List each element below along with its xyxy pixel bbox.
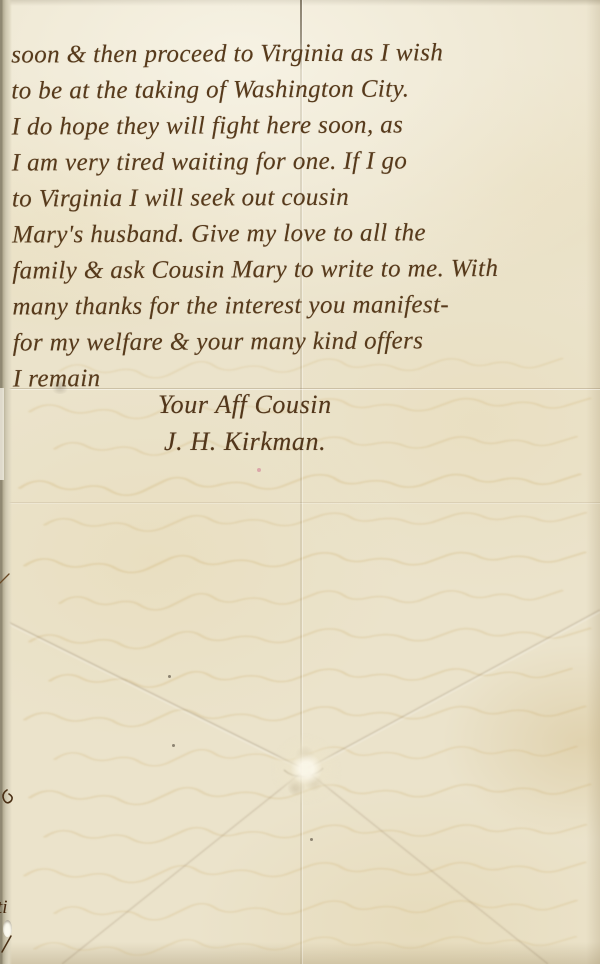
paper-hole <box>3 920 12 937</box>
edge-writing-fragment: ti <box>0 897 8 919</box>
scanned-letter-page: soon & then proceed to Virginia as I wis… <box>0 0 600 964</box>
edge-ink-marks <box>0 0 600 964</box>
